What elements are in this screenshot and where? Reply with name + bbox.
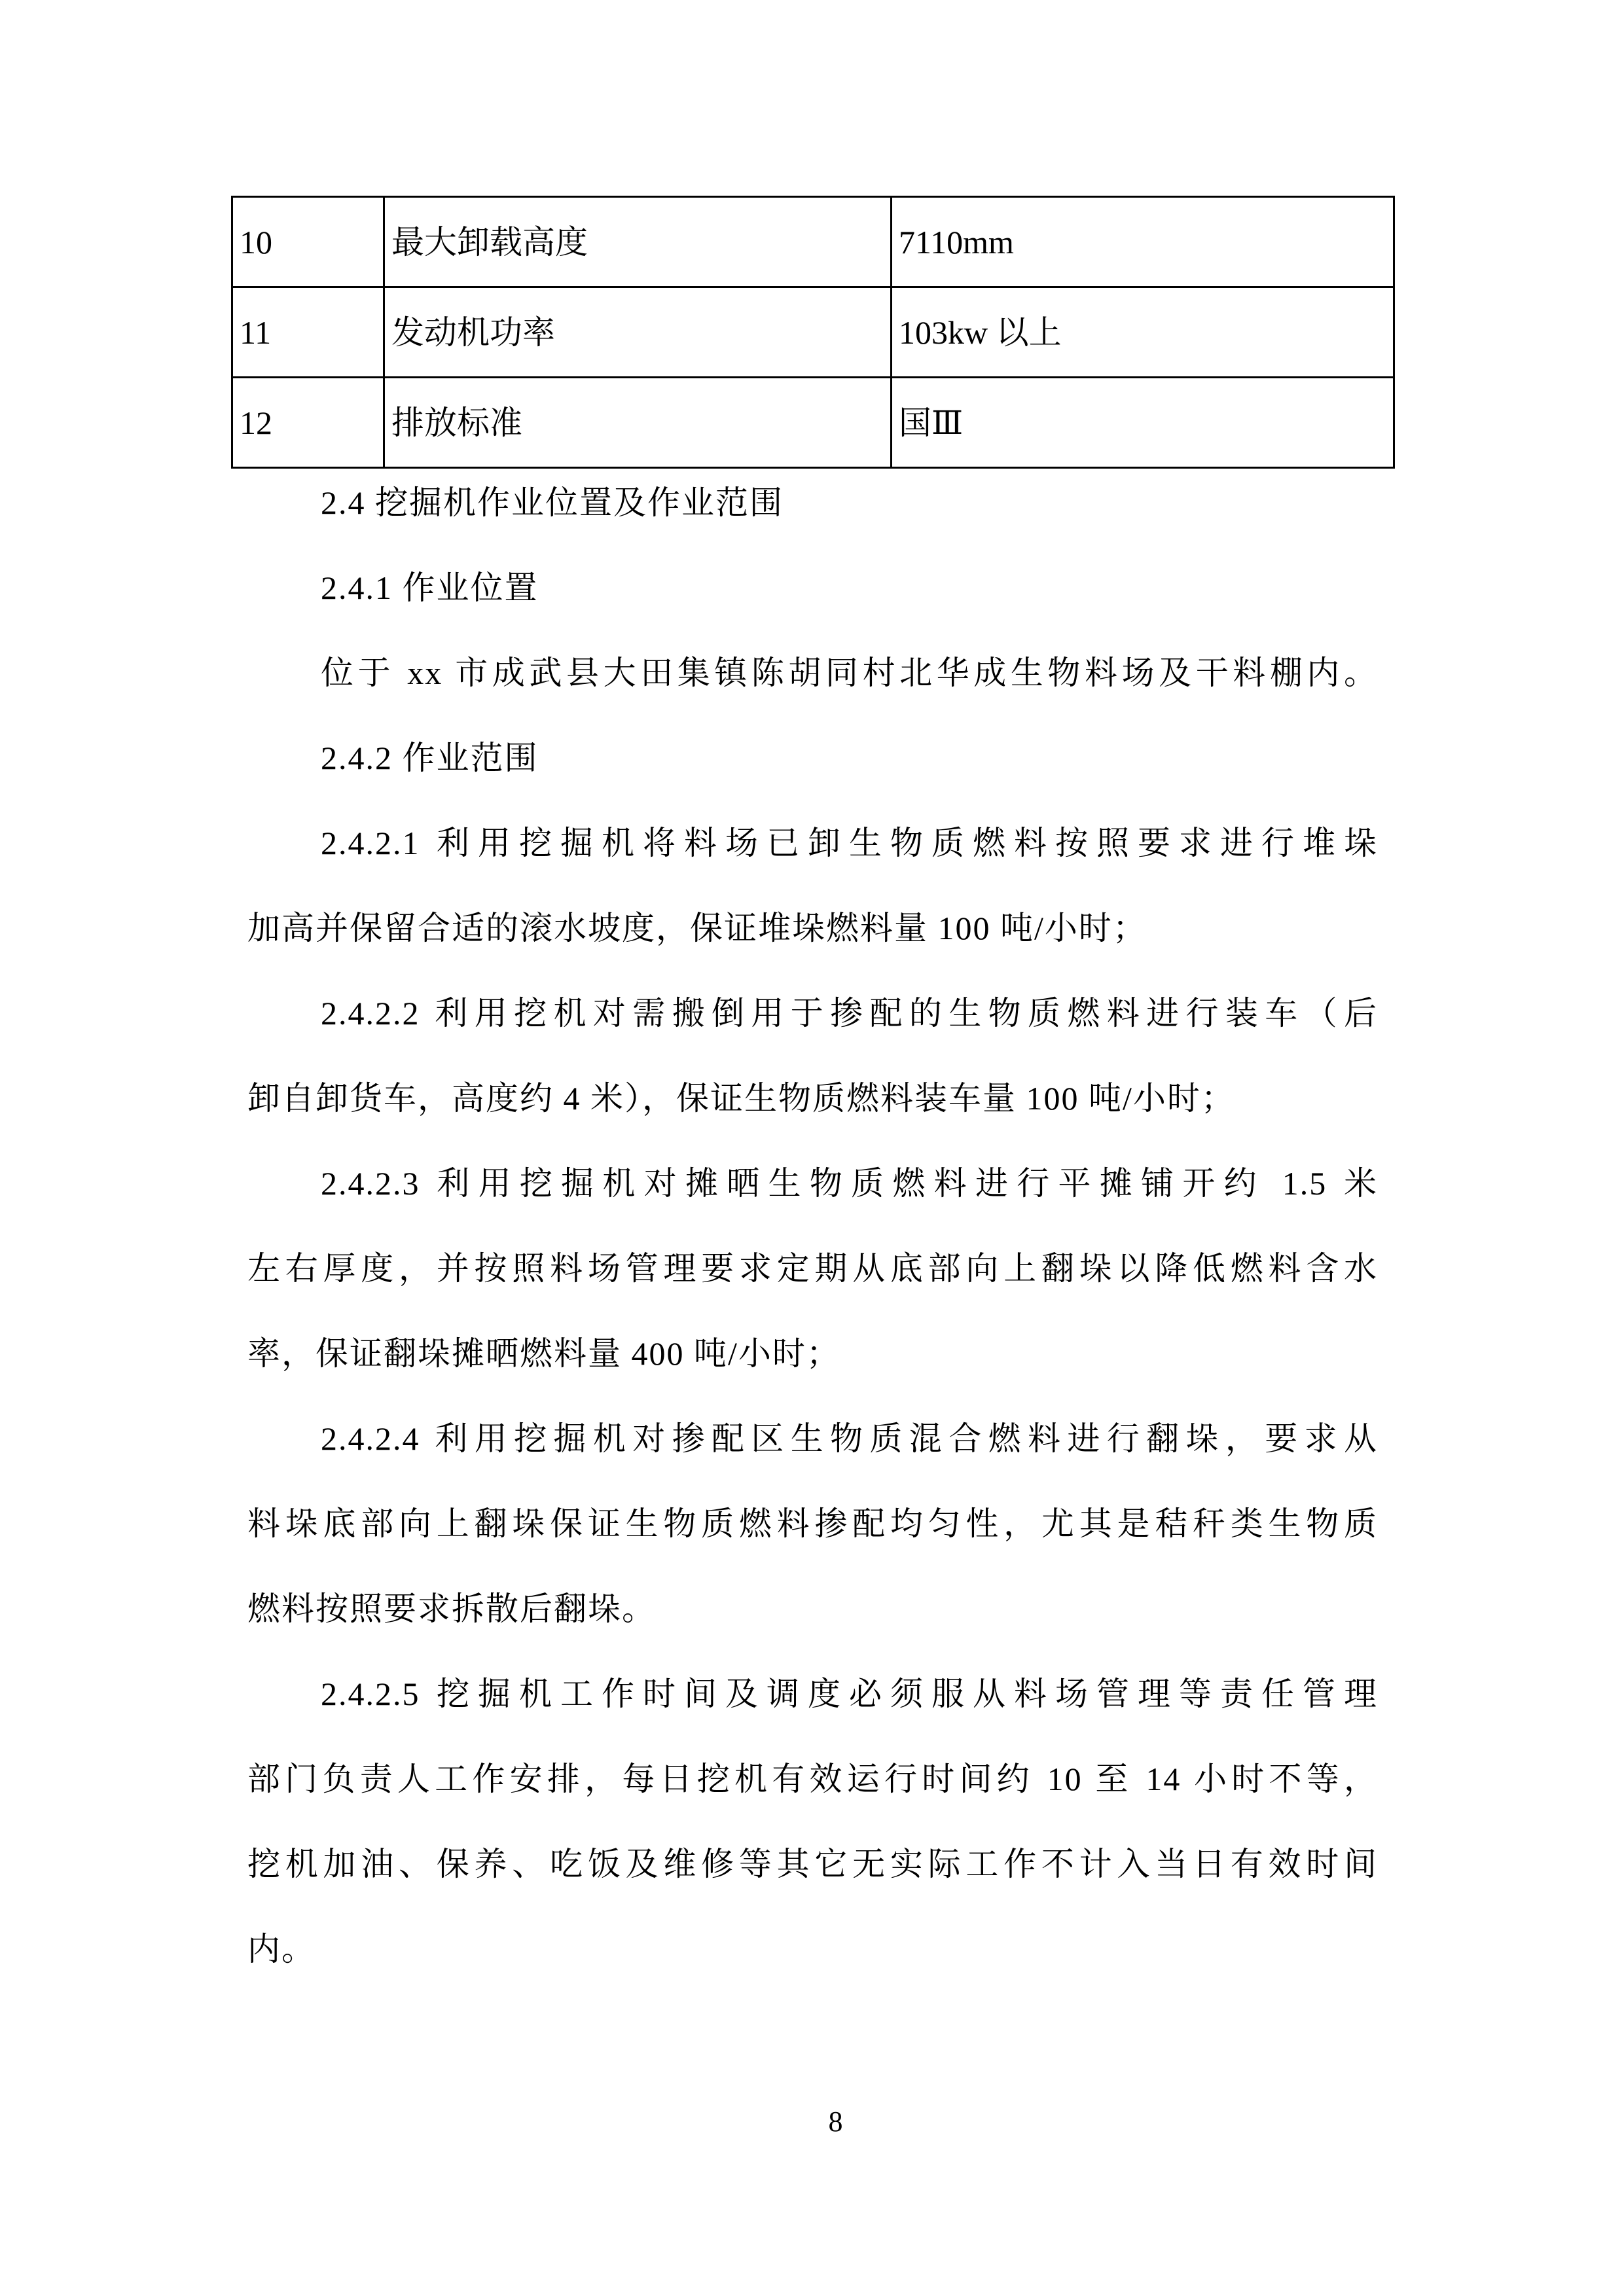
text-line: 加高并保留合适的滚水坡度，保证堆垛燃料量 100 吨/小时；: [247, 886, 1378, 971]
table-row: 10 最大卸载高度 7110mm: [232, 197, 1394, 287]
spec-item-value: 7110mm: [892, 197, 1394, 287]
spec-row-number: 10: [232, 197, 384, 287]
spec-item-label: 发动机功率: [384, 287, 892, 378]
text-line: 2.4.2.3 利用挖掘机对摊晒生物质燃料进行平摊铺开约 1.5 米: [247, 1141, 1378, 1226]
text-line: 内。: [247, 1907, 1378, 1992]
text-line: 料垛底部向上翻垛保证生物质燃料掺配均匀性，尤其是秸秆类生物质: [247, 1481, 1378, 1566]
spec-row-number: 12: [232, 378, 384, 468]
text-line: 部门负责人工作安排，每日挖机有效运行时间约 10 至 14 小时不等，: [247, 1736, 1378, 1821]
section-heading: 2.4.2 作业范围: [247, 715, 1378, 800]
text-line: 率，保证翻垛摊晒燃料量 400 吨/小时；: [247, 1311, 1378, 1396]
spec-item-label: 排放标准: [384, 378, 892, 468]
spec-table: 10 最大卸载高度 7110mm 11 发动机功率 103kw 以上 12 排放…: [231, 196, 1395, 469]
text-line: 2.4.2.1 利用挖掘机将料场已卸生物质燃料按照要求进行堆垛: [247, 800, 1378, 886]
table-row: 12 排放标准 国Ⅲ: [232, 378, 1394, 468]
text-line: 2.4.2.2 利用挖机对需搬倒用于掺配的生物质燃料进行装车（后: [247, 971, 1378, 1056]
text-line: 燃料按照要求拆散后翻垛。: [247, 1566, 1378, 1651]
section-heading: 2.4.1 作业位置: [247, 545, 1378, 630]
spec-item-value: 103kw 以上: [892, 287, 1394, 378]
section-heading: 2.4 挖掘机作业位置及作业范围: [247, 460, 1378, 545]
table-row: 11 发动机功率 103kw 以上: [232, 287, 1394, 378]
document-body: 2.4 挖掘机作业位置及作业范围 2.4.1 作业位置 位于 xx 市成武县大田…: [247, 460, 1378, 1992]
text-line: 挖机加油、保养、吃饭及维修等其它无实际工作不计入当日有效时间: [247, 1821, 1378, 1907]
text-line: 位于 xx 市成武县大田集镇陈胡同村北华成生物料场及干料棚内。: [247, 630, 1378, 715]
spec-row-number: 11: [232, 287, 384, 378]
text-line: 2.4.2.4 利用挖掘机对掺配区生物质混合燃料进行翻垛，要求从: [247, 1396, 1378, 1481]
text-line: 卸自卸货车，高度约 4 米），保证生物质燃料装车量 100 吨/小时；: [247, 1056, 1378, 1141]
spec-item-value: 国Ⅲ: [892, 378, 1394, 468]
text-line: 左右厚度，并按照料场管理要求定期从底部向上翻垛以降低燃料含水: [247, 1226, 1378, 1311]
spec-item-label: 最大卸载高度: [384, 197, 892, 287]
page-number: 8: [0, 2106, 1624, 2138]
text-line: 2.4.2.5 挖掘机工作时间及调度必须服从料场管理等责任管理: [247, 1651, 1378, 1736]
document-page: { "page": { "number": "8", "background_c…: [0, 0, 1624, 2296]
